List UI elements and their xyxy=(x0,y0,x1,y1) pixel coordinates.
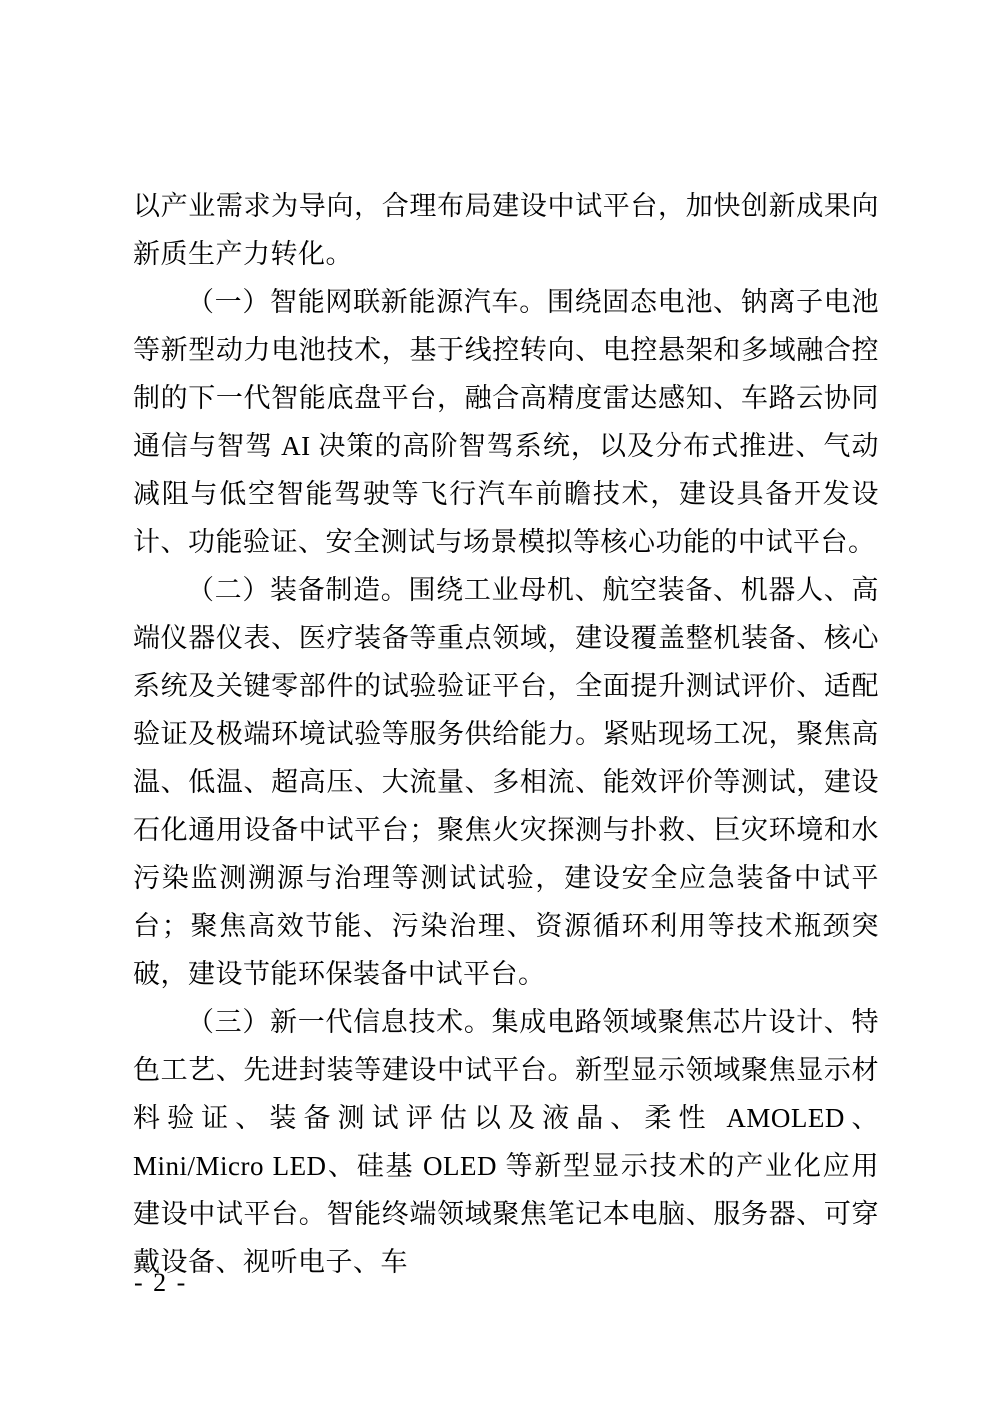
document-body: 以产业需求为导向，合理布局建设中试平台，加快创新成果向新质生产力转化。 （一）智… xyxy=(133,182,879,1286)
paragraph-text: 围绕工业母机、航空装备、机器人、高端仪器仪表、医疗装备等重点领域，建设覆盖整机装… xyxy=(133,575,879,989)
section-3-heading: （三）新一代信息技术。 xyxy=(187,1007,492,1037)
paragraph-text: 集成电路领域聚焦芯片设计、特色工艺、先进封装等建设中试平台。新型显示领域聚焦显示… xyxy=(133,1007,879,1277)
paragraph-text: 以产业需求为导向，合理布局建设中试平台，加快创新成果向新质生产力转化。 xyxy=(133,191,879,269)
paragraph-text: 围绕固态电池、钠离子电池等新型动力电池技术，基于线控转向、电控悬架和多域融合控制… xyxy=(133,287,879,557)
section-2-heading: （二）装备制造。 xyxy=(187,575,409,605)
paragraph-continuation: 以产业需求为导向，合理布局建设中试平台，加快创新成果向新质生产力转化。 xyxy=(133,182,879,278)
paragraph-section-1: （一）智能网联新能源汽车。围绕固态电池、钠离子电池等新型动力电池技术，基于线控转… xyxy=(133,278,879,566)
section-1-heading: （一）智能网联新能源汽车。 xyxy=(187,287,547,317)
page-number: - 2 - xyxy=(134,1268,187,1298)
document-page: 以产业需求为导向，合理布局建设中试平台，加快创新成果向新质生产力转化。 （一）智… xyxy=(0,0,1000,1414)
paragraph-section-2: （二）装备制造。围绕工业母机、航空装备、机器人、高端仪器仪表、医疗装备等重点领域… xyxy=(133,566,879,998)
paragraph-section-3: （三）新一代信息技术。集成电路领域聚焦芯片设计、特色工艺、先进封装等建设中试平台… xyxy=(133,998,879,1286)
